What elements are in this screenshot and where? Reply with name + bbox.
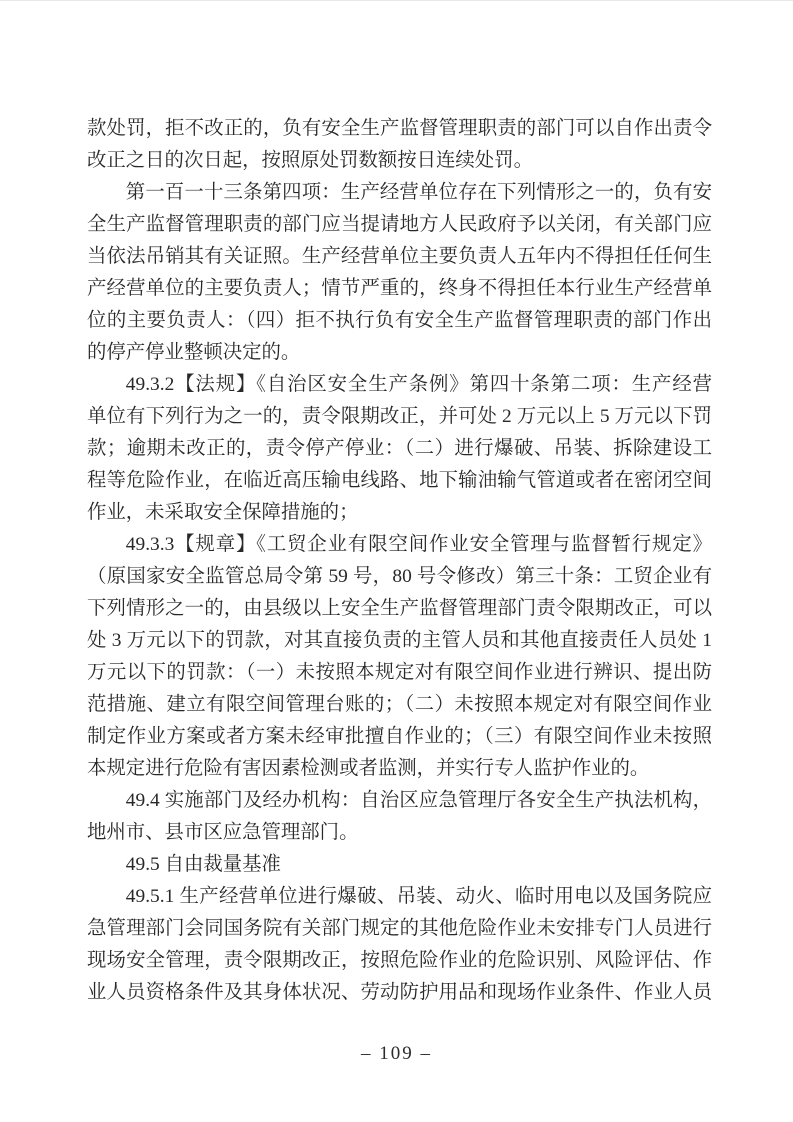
para-112-continuation: 款处罚，拒不改正的，负有安全生产监督管理职责的部门可以自作出责令改正之日的次日起…: [87, 113, 712, 177]
text-line: 的停产停业整顿决定的。: [87, 337, 712, 369]
text-line: 款；逾期未改正的，责令停产停业：（二）进行爆破、吊装、拆除建设工: [87, 433, 712, 465]
para-49-3-2: 49.3.2【法规】《自治区安全生产条例》第四十条第二项：生产经营单位有下列行为…: [87, 369, 712, 529]
text-line: 49.3.3【规章】《工贸企业有限空间作业安全管理与监督暂行规定》: [87, 529, 712, 561]
document-page: 款处罚，拒不改正的，负有安全生产监督管理职责的部门可以自作出责令改正之日的次日起…: [0, 0, 793, 1122]
text-line: 业人员资格条件及其身体状况、劳动防护用品和现场作业条件、作业人员: [87, 977, 712, 1009]
para-113-item4: 第一百一十三条第四项：生产经营单位存在下列情形之一的，负有安全生产监督管理职责的…: [87, 177, 712, 369]
text-line: 全生产监督管理职责的部门应当提请地方人民政府予以关闭，有关部门应: [87, 209, 712, 241]
para-49-4: 49.4 实施部门及经办机构：自治区应急管理厅各安全生产执法机构，地州市、县市区…: [87, 785, 712, 849]
text-line: 急管理部门会同国务院有关部门规定的其他危险作业未安排专门人员进行: [87, 913, 712, 945]
text-line: 产经营单位的主要负责人；情节严重的，终身不得担任本行业生产经营单: [87, 273, 712, 305]
text-line: 49.5 自由裁量基准: [87, 849, 712, 881]
text-line: 位的主要负责人：（四）拒不执行负有安全生产监督管理职责的部门作出: [87, 305, 712, 337]
text-line: 程等危险作业，在临近高压输电线路、地下输油输气管道或者在密闭空间: [87, 465, 712, 497]
text-line: 现场安全管理，责令限期改正，按照危险作业的危险识别、风险评估、作: [87, 945, 712, 977]
text-line: 制定作业方案或者方案未经审批擅自作业的；（三）有限空间作业未按照: [87, 721, 712, 753]
page-number: – 109 –: [361, 1043, 432, 1064]
text-line: 万元以下的罚款：（一）未按照本规定对有限空间作业进行辨识、提出防: [87, 657, 712, 689]
text-line: 49.3.2【法规】《自治区安全生产条例》第四十条第二项：生产经营: [87, 369, 712, 401]
para-49-5-1: 49.5.1 生产经营单位进行爆破、吊装、动火、临时用电以及国务院应急管理部门会…: [87, 881, 712, 1009]
document-body: 款处罚，拒不改正的，负有安全生产监督管理职责的部门可以自作出责令改正之日的次日起…: [87, 113, 712, 1009]
text-line: （原国家安全监管总局令第 59 号，80 号令修改）第三十条：工贸企业有: [87, 561, 712, 593]
text-line: 款处罚，拒不改正的，负有安全生产监督管理职责的部门可以自作出责令: [87, 113, 712, 145]
text-line: 49.4 实施部门及经办机构：自治区应急管理厅各安全生产执法机构，: [87, 785, 712, 817]
text-line: 改正之日的次日起，按照原处罚数额按日连续处罚。: [87, 145, 712, 177]
page-footer: – 109 –: [0, 1041, 793, 1067]
text-line: 49.5.1 生产经营单位进行爆破、吊装、动火、临时用电以及国务院应: [87, 881, 712, 913]
text-line: 下列情形之一的，由县级以上安全生产监督管理部门责令限期改正，可以: [87, 593, 712, 625]
text-line: 地州市、县市区应急管理部门。: [87, 817, 712, 849]
para-49-3-3: 49.3.3【规章】《工贸企业有限空间作业安全管理与监督暂行规定》（原国家安全监…: [87, 529, 712, 785]
text-line: 作业，未采取安全保障措施的；: [87, 497, 712, 529]
text-line: 本规定进行危险有害因素检测或者监测，并实行专人监护作业的。: [87, 753, 712, 785]
text-line: 范措施、建立有限空间管理台账的；（二）未按照本规定对有限空间作业: [87, 689, 712, 721]
para-49-5: 49.5 自由裁量基准: [87, 849, 712, 881]
text-line: 单位有下列行为之一的，责令限期改正，并可处 2 万元以上 5 万元以下罚: [87, 401, 712, 433]
text-line: 当依法吊销其有关证照。生产经营单位主要负责人五年内不得担任任何生: [87, 241, 712, 273]
text-line: 第一百一十三条第四项：生产经营单位存在下列情形之一的，负有安: [87, 177, 712, 209]
text-line: 处 3 万元以下的罚款，对其直接负责的主管人员和其他直接责任人员处 1: [87, 625, 712, 657]
